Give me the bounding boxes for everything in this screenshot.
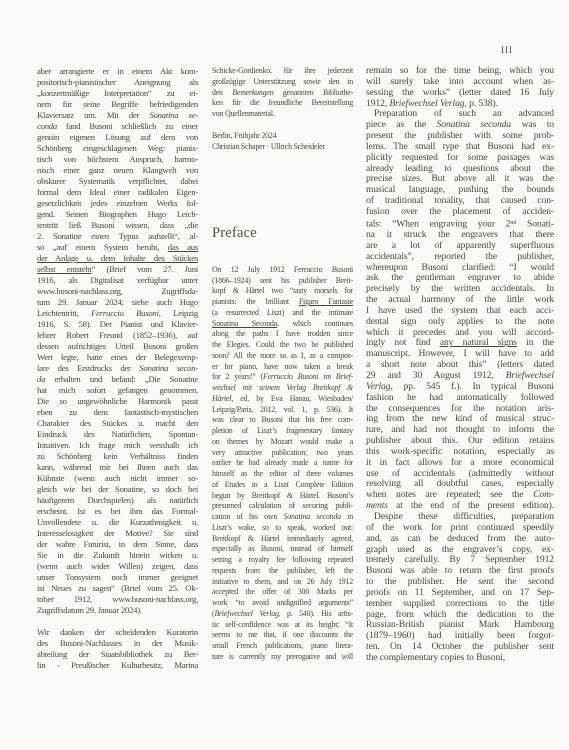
text-line: nisch einer ganz neuen Klangwelt von: [37, 165, 198, 176]
text-line: precisely by the written accidentals. In: [366, 284, 554, 295]
text-line: begun by Breitkopf & Härtel. Busoni’s: [212, 491, 353, 502]
text-line: 2. Sonatine einen Typus aufstellt“, al-: [37, 231, 198, 242]
text-line: of Etudes in a Liszt Complete Edition: [212, 480, 353, 491]
text-line: ture is currently my prerogative and wil…: [212, 652, 353, 663]
text-line: tentritt ließ Busoni wissen, dass „die: [37, 220, 198, 231]
text-line: großzügige Unterstützung sowie den in: [212, 77, 353, 88]
text-line: the consequences for the notation aris-: [366, 404, 554, 415]
text-line: accidentals”, reported the publisher,: [366, 252, 554, 263]
text-line: proofs on 11 September, and on 17 Sep-: [366, 588, 554, 599]
text-line: ask the gentleman engraver to abide: [366, 273, 554, 284]
text-line: kopf & Härtel two “tasty morsels for: [212, 286, 353, 297]
text-line: sessing the works” (letter dated 16 July: [366, 88, 554, 99]
text-line: manuscript. However, I will have to add: [366, 349, 554, 360]
text-line: requests from the publisher, left the: [212, 566, 353, 577]
text-line: on themes by Mozart would make a: [212, 437, 353, 448]
text-line: der Anlage u. dem Inhalte des Stückes: [37, 253, 198, 264]
text-line: (wenn auch wider Willen) zeigen, dass: [37, 561, 198, 572]
text-line: when notes are repeated; see the Com-: [366, 490, 554, 501]
paragraph-block: aber arrangierte er in einem Akt kom-pos…: [37, 66, 198, 616]
text-line: wechsel mit seinem Verlag Breitkopf &: [212, 383, 353, 394]
column-middle-text: Schicke-Gordienko, für ihre jederzeitgro…: [212, 66, 353, 663]
text-line: ingly not find any natural signs in the: [366, 338, 554, 349]
text-line: www.busoni-nachlass.org, Zugriffsda-: [37, 286, 198, 297]
text-line: formal dem Ideal einer radikalen Eigen-: [37, 187, 198, 198]
text-line: this work-specific notation, especially …: [366, 447, 554, 458]
text-line: tic self-confidence was at its height: “…: [212, 620, 353, 631]
text-line: Schönberg eingeschlagenen Weg: pianis-: [37, 143, 198, 154]
text-line: lehrer Robert Freund (1852–1936), auf: [37, 330, 198, 341]
text-line: eben zu dem fantastisch-mystischen: [37, 407, 198, 418]
text-line: piece as the Sonatina seconda was to: [366, 120, 554, 131]
text-line: it in fact allows for a more economical: [366, 458, 554, 469]
signature-line: Berlin, Frühjahr 2024: [212, 131, 353, 142]
text-line: hat mich sofort gefangen genommen.: [37, 385, 198, 396]
text-line: very attractive publication; two years: [212, 448, 353, 459]
text-line: musical language, pushing the bounds: [366, 185, 554, 196]
text-line: Schicke-Gordienko, für ihre jederzeit: [212, 66, 353, 77]
text-line: tremely carefully. By 7 September 1912: [366, 555, 554, 566]
text-line: Despite these difficulties, preparation: [366, 512, 554, 523]
text-line: present the publisher with some prob-: [366, 131, 554, 142]
text-line: Wir danken der scheidenden Kuratorin: [37, 627, 198, 638]
text-line: gend. Seinen Biographen Hugo Leich-: [37, 209, 198, 220]
text-line: was clear to Busoni that his free com-: [212, 415, 353, 426]
text-line: and, as can be deduced from the auto-: [366, 534, 554, 545]
text-line: dessen aufrichtiges Urteil Busoni großen: [37, 341, 198, 352]
text-line: cation of his own Sonatina seconda in: [212, 512, 353, 523]
text-line: Russian-British pianist Mark Hambourg: [366, 620, 554, 631]
text-line: ten. On 14 October the publisher sent: [366, 642, 554, 653]
text-line: lin - Preußischer Kulturbesitz, Marina: [37, 660, 198, 671]
text-line: seems to me that, if one discounts the: [212, 630, 353, 641]
text-line: Sie in die Zukunft hinein wirken u.: [37, 550, 198, 561]
text-line: abteilung der Staatsbibliothek zu Ber-: [37, 649, 198, 660]
text-line: tember supplied corrections to the title: [366, 599, 554, 610]
paragraph-block: remain so for the time being, which youw…: [366, 66, 554, 664]
text-line: tisch von höchstem Anspruch, harmo-: [37, 154, 198, 165]
text-line: conda fand Busoni schließlich zu einer: [37, 121, 198, 132]
text-line: whereupon Busoni clarified: “I would: [366, 263, 554, 274]
text-line: (Briefwechsel Verlag, p. 540). His artis…: [212, 609, 353, 620]
text-line: the Elegies. Could the two be published: [212, 340, 353, 351]
text-line: Die so ungewöhnliche Harmonik passt: [37, 396, 198, 407]
text-line: aber arrangierte er in einem Akt kom-: [37, 66, 198, 77]
text-line: Intuitiven. Ich frage mich wesshalb ich: [37, 440, 198, 451]
text-line: Kühnste (wenn auch nicht immer so-: [37, 473, 198, 484]
text-line: lare des Erstdrucks der Sonatina secon-: [37, 363, 198, 374]
text-line: Zugriffsdatum 29. Januar 2024).: [37, 605, 198, 616]
text-line: kann, während mir bei Ihnen auch das: [37, 462, 198, 473]
text-line: remain so for the time being, which you: [366, 66, 554, 77]
text-line: work “to avoid undignified arguments”: [212, 598, 353, 609]
text-line: 1912, Briefwechsel Verlag, p. 538).: [366, 99, 554, 110]
text-line: already leading to questions about the: [366, 164, 554, 175]
text-line: along the paths I have trodden since: [212, 329, 353, 340]
text-line: ture, and had not thought to inform the: [366, 425, 554, 436]
text-line: ments at the end of the present edition)…: [366, 501, 554, 512]
column-english-text: remain so for the time being, which youw…: [366, 66, 554, 664]
text-line: (a resurrected Liszt) and the intimate: [212, 308, 353, 319]
text-line: tober 1912, www.busoni-nachlass.org,: [37, 594, 198, 605]
text-line: fashion he had automatically followed: [366, 393, 554, 404]
text-line: tals: “When engraving your 2nd Sonati-: [366, 218, 554, 230]
text-line: pletion of Liszt’s fragmentary fantasy: [212, 426, 353, 437]
text-line: small French publications, piano litera-: [212, 641, 353, 652]
text-line: himself as the editor of three volumes: [212, 469, 353, 480]
text-line: 29 and 30 August 1912, Briefwechsel: [366, 371, 554, 382]
text-line: da erhalten und befand: „Die Sonatine: [37, 374, 198, 385]
text-line: Unvollendete u. die Kurzathmigkeit u.: [37, 517, 198, 528]
text-line: soon? All the more so as I, as a compos-: [212, 351, 353, 362]
text-line: Preparation of such an advanced: [366, 109, 554, 120]
text-line: Busoni was able to return the first proo…: [366, 566, 554, 577]
text-line: publisher about this. Our edition retain…: [366, 436, 554, 447]
text-line: initiative to them, and on 26 July 1912: [212, 577, 353, 588]
text-line: obskurer Systematik verpflichtet, dabei: [37, 176, 198, 187]
text-line: to the publisher. He sent the second: [366, 577, 554, 588]
text-line: Interesselosigkeit der Motive? Sie sind: [37, 528, 198, 539]
text-line: I have used the system that each acci-: [366, 306, 554, 317]
text-line: Verlag, pp. 545 f.). In typical Busoni: [366, 382, 554, 393]
text-line: so „auf einem System beruht, das aus: [37, 242, 198, 253]
paragraph-gap: [37, 616, 198, 627]
text-line: of the work for print continued speedily: [366, 523, 554, 534]
text-line: pianists: the brilliant Figaro Fantasie: [212, 297, 353, 308]
text-line: plicitly requested for some passages was: [366, 153, 554, 164]
text-line: fusion over the placement of acciden-: [366, 207, 554, 218]
text-line: are a lot of apparently superfluous: [366, 241, 554, 252]
text-line: tum 29. Januar 2024; siehe auch Hugo: [37, 297, 198, 308]
text-line: Sonatina Seconda, which continues: [212, 319, 353, 330]
text-line: of traditional tonality, that caused con…: [366, 196, 554, 207]
text-line: the actual harmony of the little work: [366, 295, 554, 306]
paragraph-block: Wir danken der scheidenden Kuratorindes …: [37, 627, 198, 671]
text-line: graph used as the engraver’s copy, ex-: [366, 545, 554, 556]
text-line: On 12 July 1912 Ferruccio Busoni: [212, 265, 353, 276]
text-line: use of accidentals (admittedly without: [366, 469, 554, 480]
text-line: positorisch-pianistischer Aneignung als: [37, 77, 198, 88]
text-line: setting a royalty fee following repeated: [212, 555, 353, 566]
text-line: „konzertmäßige Interpretation“ zu ei-: [37, 88, 198, 99]
text-line: presumed calculation of securing publi-: [212, 501, 353, 512]
text-line: for 2 years!” (Ferruccio Busoni im Brief…: [212, 372, 353, 383]
text-line: Wert legte, hatte eines der Belegexemp-: [37, 352, 198, 363]
text-line: Leipzig/Paris, 2012, vol. 1, p. 536). It: [212, 405, 353, 416]
document-page: III aber arrangierte er in einem Akt kom…: [0, 0, 569, 750]
text-line: dental sign only applies to the note: [366, 317, 554, 328]
text-line: Härtel, ed. by Eva Hanau, Wiesbaden/: [212, 394, 353, 405]
text-line: (1879–1960) had initially been forgot-: [366, 631, 554, 642]
text-line: gleich wie bei der Sonatine, so doch bei: [37, 484, 198, 495]
text-line: häufigerem Durchspielen) als natürlich: [37, 495, 198, 506]
text-line: which it precedes and you will accord-: [366, 328, 554, 339]
text-line: der wahre Futurist, in dem Sinne, dass: [37, 539, 198, 550]
text-line: will surely take into account when as-: [366, 77, 554, 88]
text-line: von Quellenmaterial.: [212, 109, 353, 120]
text-line: Breitkopf & Härtel immediately agreed,: [212, 534, 353, 545]
text-line: Leichtentritt, Ferruccio Busoni, Leipzig: [37, 308, 198, 319]
text-line: earlier he had already made a name for: [212, 458, 353, 469]
text-line: selbst entsteht“ (Brief vom 27. Juni: [37, 264, 198, 275]
text-line: nem für seine Begriffe befriedigenden: [37, 99, 198, 110]
page-number: III: [501, 46, 513, 56]
text-line: Charakter des Stückes u. macht den: [37, 418, 198, 429]
text-line: Klaviersatz um. Mit der Sonatina se-: [37, 110, 198, 121]
signature-block: Berlin, Frühjahr 2024Christian Schaper ·…: [212, 131, 353, 153]
text-line: resolving all doubtful cases, especially: [366, 479, 554, 490]
column-german-text: aber arrangierte er in einem Akt kom-pos…: [37, 66, 198, 671]
text-line: accepted the offer of 300 Marks per: [212, 587, 353, 598]
text-line: ing from the new kind of musical struc-: [366, 414, 554, 425]
text-line: ken für die freundliche Bereitstellung: [212, 98, 353, 109]
text-line: the complementary copies to Busoni,: [366, 653, 554, 664]
text-line: 1916, als Digitalisat verfügbar unter: [37, 275, 198, 286]
text-line: des Busoni-Nachlasses in der Musik-: [37, 638, 198, 649]
text-line: (1866–1924) sent his publisher Breit-: [212, 276, 353, 287]
text-line: erscheint. Ist es bei ihm das Formal-: [37, 506, 198, 517]
text-line: ist Neues zu sagen“ (Brief vom 25. Ok-: [37, 583, 198, 594]
text-line: especially as Busoni, instead of himself: [212, 544, 353, 555]
text-line: unser Tonsystem noch immer geeignet: [37, 572, 198, 583]
preface-heading: Preface: [212, 225, 353, 241]
signature-line: Christian Schaper · Ullrich Scheideler: [212, 142, 353, 153]
text-line: lems. The small type that Busoni had ex-: [366, 142, 554, 153]
text-line: gesetzlichkeit jedes einzelnen Werks fol…: [37, 198, 198, 209]
text-line: precise sizes. But above all it was the: [366, 174, 554, 185]
text-line: a short note about this” (letters dated: [366, 360, 554, 371]
text-line: page, from which the dedication to the: [366, 610, 554, 621]
paragraph-block: On 12 July 1912 Ferruccio Busoni(1866–19…: [212, 265, 353, 663]
text-line: Eindruck des Natürlichen, Spontan-: [37, 429, 198, 440]
text-line: 1916, S. 58). Der Pianist und Klavier-: [37, 319, 198, 330]
text-line: zu Schönberg kein Verhältniss finden: [37, 451, 198, 462]
text-line: genuin eigenen Lösung auf dem von: [37, 132, 198, 143]
text-line: na it struck the engravers that there: [366, 230, 554, 241]
paragraph-block: Schicke-Gordienko, für ihre jederzeitgro…: [212, 66, 353, 120]
text-line: den Bemerkungen genannten Bibliothe-: [212, 88, 353, 99]
text-line: Liszt’s wake, so to speak, worked out:: [212, 523, 353, 534]
text-line: er for piano, have now taken a break: [212, 362, 353, 373]
